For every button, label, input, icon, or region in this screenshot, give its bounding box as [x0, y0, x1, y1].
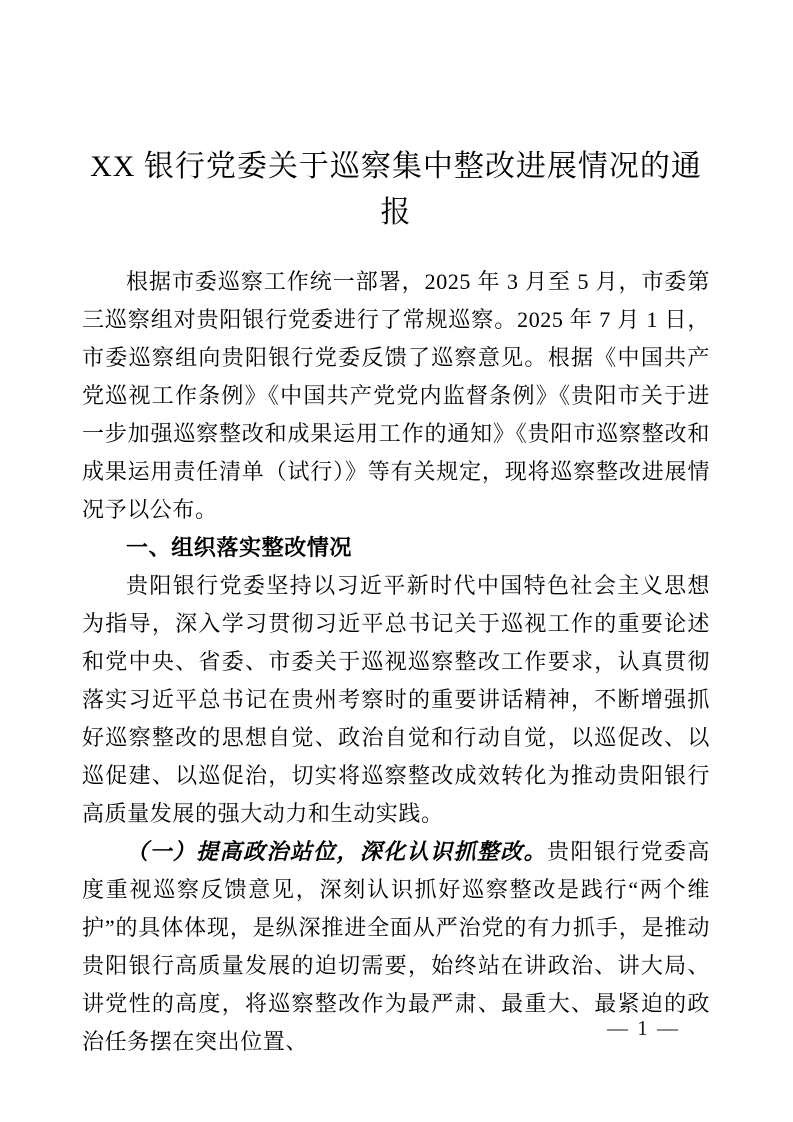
document-title: XX 银行党委关于巡察集中整改进展情况的通报	[82, 144, 710, 236]
page-number: — 1 —	[607, 1016, 680, 1040]
paragraph-section-body: 贵阳银行党委坚持以习近平新时代中国特色社会主义思想为指导，深入学习贯彻习近平总书…	[82, 567, 710, 833]
paragraph-subsection-1-lead: （一）提高政治站位，深化认识抓整改。	[126, 839, 547, 864]
section-heading-1: 一、组织落实整改情况	[82, 529, 710, 567]
paragraph-intro: 根据市委巡察工作统一部署，2025 年 3 月至 5 月，市委第三巡察组对贵阳银…	[82, 263, 710, 529]
document-page: XX 银行党委关于巡察集中整改进展情况的通报 根据市委巡察工作统一部署，2025…	[0, 0, 793, 1122]
